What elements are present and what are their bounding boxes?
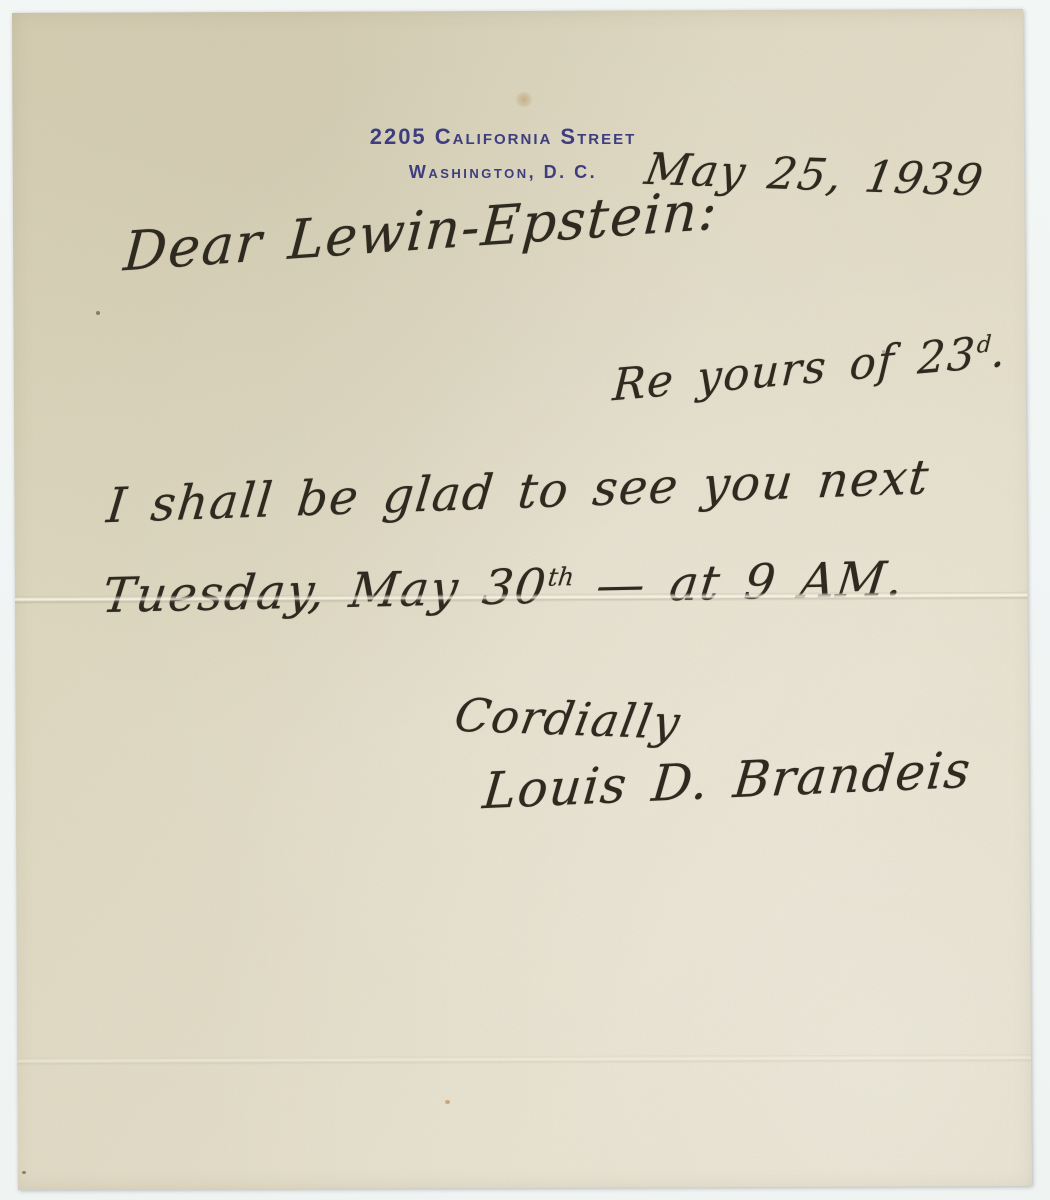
salutation-line: Dear Lewin-Epstein: [122, 178, 721, 283]
ink-speck [882, 350, 885, 353]
faint-lower-crease [4, 1054, 1042, 1066]
body-line-2-text: Tuesday, May 30 [99, 559, 550, 624]
reference-period: . [990, 326, 1008, 379]
scanned-letter-photo: 2205 California Street Washington, D. C.… [0, 0, 1050, 1200]
reference-ordinal: d [976, 331, 992, 358]
letterhead-address: 2205 California Street [10, 124, 996, 150]
letter-paper: 2205 California Street Washington, D. C.… [10, 8, 1036, 1192]
body-line-2-tail: — at 9 AM. [570, 551, 908, 614]
ink-speck [96, 311, 100, 315]
ink-speck [22, 1171, 26, 1174]
rust-speck [445, 1100, 450, 1104]
reference-line: Re yours of 23d. [611, 326, 1008, 412]
signature-line: Louis D. Brandeis [480, 741, 974, 821]
paper-shadow-wrap: 2205 California Street Washington, D. C.… [0, 0, 1050, 1200]
reference-text: Re yours of 23 [611, 328, 978, 411]
closing-line: Cordially [451, 688, 686, 750]
body-line-1: I shall be glad to see you next [104, 449, 932, 534]
stain-spot [515, 92, 533, 107]
body-line-2: Tuesday, May 30th — at 9 AM. [99, 551, 907, 624]
